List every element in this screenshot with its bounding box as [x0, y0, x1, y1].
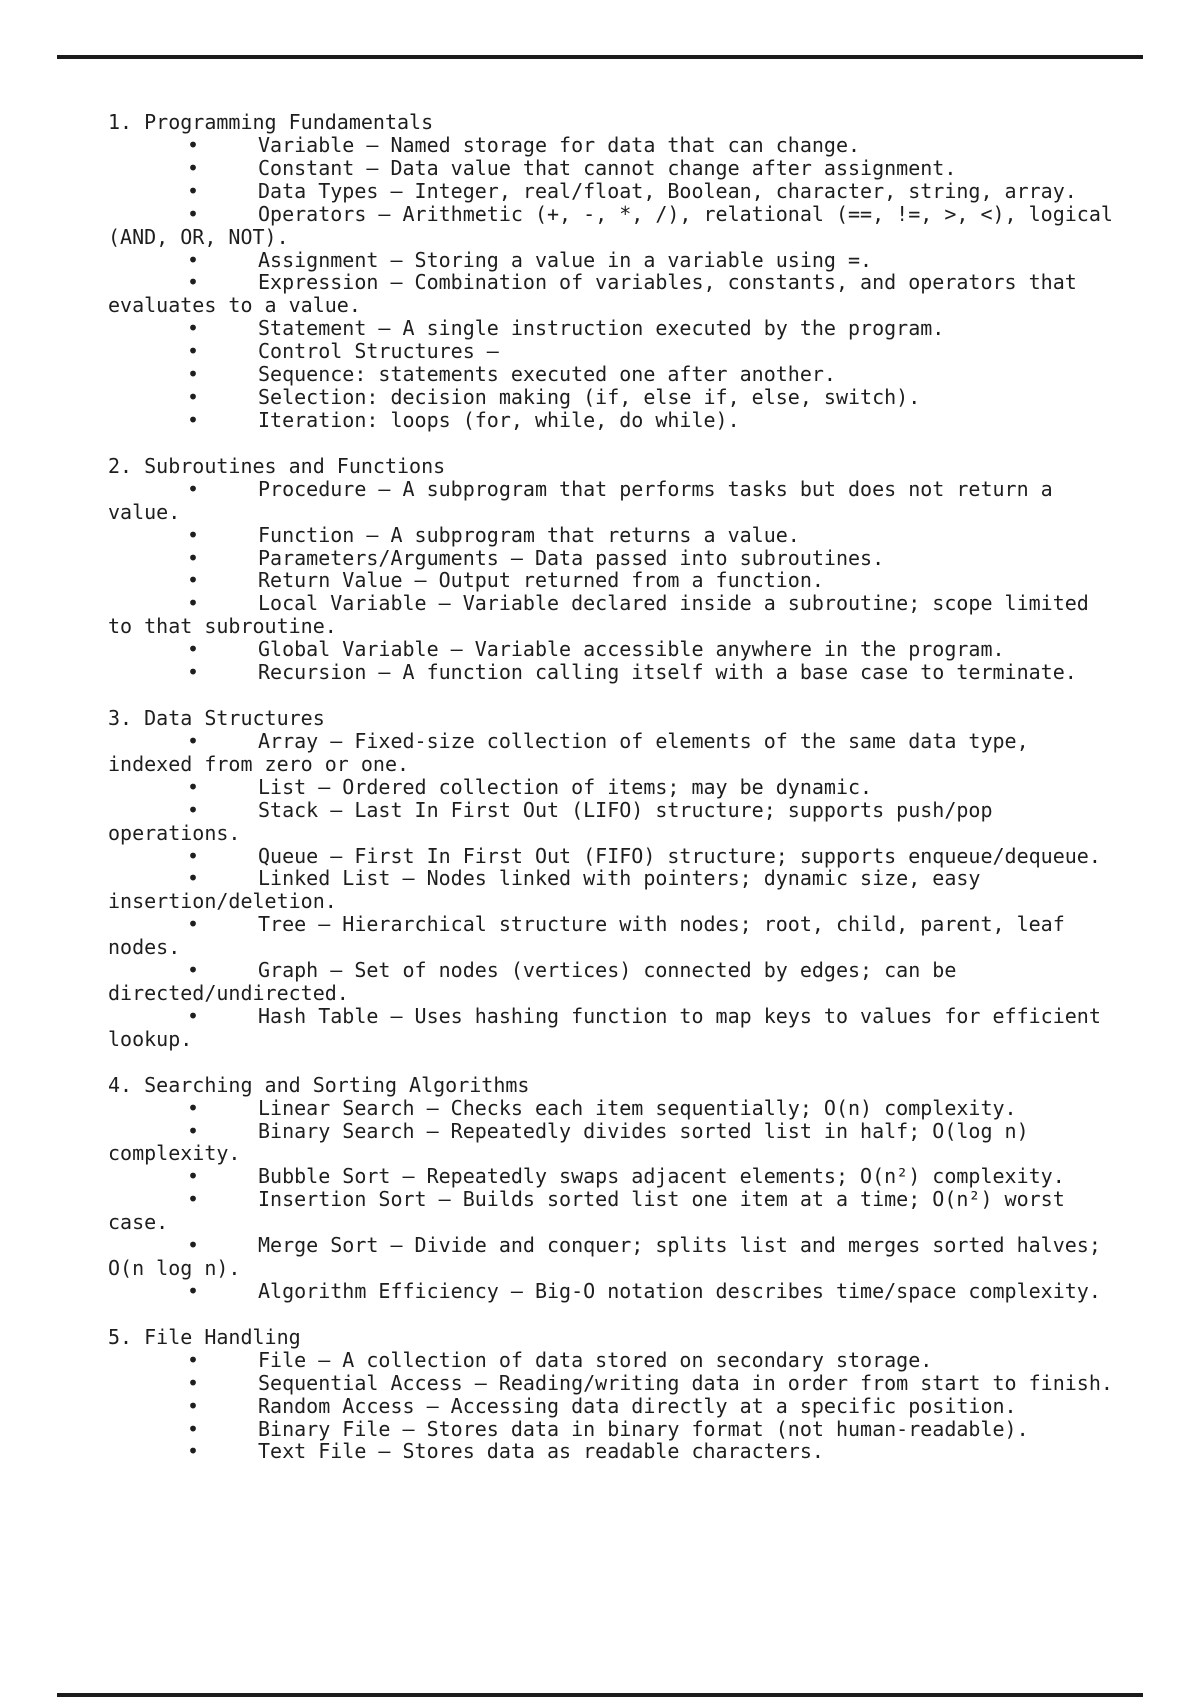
bullet-icon: •	[187, 478, 199, 501]
bullet-item-line: •Function – A subprogram that returns a …	[0, 524, 1200, 547]
item-text: Control Structures –	[258, 340, 499, 363]
bullet-item-line: •Text File – Stores data as readable cha…	[0, 1440, 1200, 1463]
item-text: Binary File – Stores data in binary form…	[258, 1418, 1029, 1441]
item-text: Queue – First In First Out (FIFO) struct…	[258, 845, 1101, 868]
bullet-icon: •	[187, 386, 199, 409]
bullet-icon: •	[187, 1349, 199, 1372]
bullet-icon: •	[187, 1418, 199, 1441]
bullet-icon: •	[187, 524, 199, 547]
blank-line	[0, 684, 1200, 707]
bullet-item-line: •Linked List – Nodes linked with pointer…	[0, 867, 1200, 890]
item-text: Statement – A single instruction execute…	[258, 317, 944, 340]
bullet-item-line: •Sequential Access – Reading/writing dat…	[0, 1372, 1200, 1395]
section-heading: 1. Programming Fundamentals	[108, 111, 433, 134]
continuation-line: case.	[0, 1211, 1200, 1234]
bullet-icon: •	[187, 547, 199, 570]
bullet-icon: •	[187, 638, 199, 661]
bullet-icon: •	[187, 180, 199, 203]
item-text: directed/undirected.	[108, 982, 349, 1005]
continuation-line: to that subroutine.	[0, 615, 1200, 638]
blank-line	[0, 1051, 1200, 1074]
document-body: 1. Programming Fundamentals•Variable – N…	[0, 111, 1200, 1463]
item-text: nodes.	[108, 936, 180, 959]
bullet-icon: •	[187, 409, 199, 432]
item-text: Linear Search – Checks each item sequent…	[258, 1097, 1017, 1120]
bullet-item-line: •Binary File – Stores data in binary for…	[0, 1418, 1200, 1441]
bullet-item-line: •Stack – Last In First Out (LIFO) struct…	[0, 799, 1200, 822]
item-text: Expression – Combination of variables, c…	[258, 271, 1077, 294]
bullet-item-line: •Queue – First In First Out (FIFO) struc…	[0, 845, 1200, 868]
continuation-line: directed/undirected.	[0, 982, 1200, 1005]
continuation-line: nodes.	[0, 936, 1200, 959]
item-text: Variable – Named storage for data that c…	[258, 134, 860, 157]
bullet-item-line: •Data Types – Integer, real/float, Boole…	[0, 180, 1200, 203]
bullet-item-line: •List – Ordered collection of items; may…	[0, 776, 1200, 799]
bullet-icon: •	[187, 134, 199, 157]
bullet-item-line: •Array – Fixed-size collection of elemen…	[0, 730, 1200, 753]
bullet-item-line: •Global Variable – Variable accessible a…	[0, 638, 1200, 661]
bullet-icon: •	[187, 1188, 199, 1211]
section-heading: 2. Subroutines and Functions	[108, 455, 445, 478]
bullet-icon: •	[187, 1372, 199, 1395]
continuation-line: operations.	[0, 822, 1200, 845]
item-text: Sequential Access – Reading/writing data…	[258, 1372, 1113, 1395]
section-heading-line: 1. Programming Fundamentals	[0, 111, 1200, 134]
bullet-item-line: •Hash Table – Uses hashing function to m…	[0, 1005, 1200, 1028]
item-text: complexity.	[108, 1142, 240, 1165]
bullet-icon: •	[187, 249, 199, 272]
bullet-icon: •	[187, 340, 199, 363]
section-heading-line: 3. Data Structures	[0, 707, 1200, 730]
bullet-icon: •	[187, 1165, 199, 1188]
bullet-icon: •	[187, 1440, 199, 1463]
bullet-item-line: •Random Access – Accessing data directly…	[0, 1395, 1200, 1418]
item-text: value.	[108, 501, 180, 524]
item-text: Graph – Set of nodes (vertices) connecte…	[258, 959, 956, 982]
continuation-line: O(n log n).	[0, 1257, 1200, 1280]
item-text: lookup.	[108, 1028, 192, 1051]
bullet-item-line: •Recursion – A function calling itself w…	[0, 661, 1200, 684]
bullet-item-line: •Linear Search – Checks each item sequen…	[0, 1097, 1200, 1120]
item-text: Recursion – A function calling itself wi…	[258, 661, 1077, 684]
bullet-item-line: •Algorithm Efficiency – Big-O notation d…	[0, 1280, 1200, 1303]
bullet-item-line: •Statement – A single instruction execut…	[0, 317, 1200, 340]
bullet-item-line: •Iteration: loops (for, while, do while)…	[0, 409, 1200, 432]
item-text: to that subroutine.	[108, 615, 337, 638]
bullet-item-line: •Control Structures –	[0, 340, 1200, 363]
bullet-item-line: •Bubble Sort – Repeatedly swaps adjacent…	[0, 1165, 1200, 1188]
bullet-item-line: •Assignment – Storing a value in a varia…	[0, 249, 1200, 272]
bullet-icon: •	[187, 867, 199, 890]
item-text: Procedure – A subprogram that performs t…	[258, 478, 1053, 501]
bullet-icon: •	[187, 363, 199, 386]
bullet-icon: •	[187, 203, 199, 226]
item-text: Tree – Hierarchical structure with nodes…	[258, 913, 1065, 936]
bottom-rule	[57, 1693, 1143, 1697]
item-text: File – A collection of data stored on se…	[258, 1349, 932, 1372]
blank-line	[0, 1303, 1200, 1326]
item-text: Text File – Stores data as readable char…	[258, 1440, 824, 1463]
section-heading-line: 4. Searching and Sorting Algorithms	[0, 1074, 1200, 1097]
bullet-icon: •	[187, 776, 199, 799]
document-page: 1. Programming Fundamentals•Variable – N…	[0, 0, 1200, 1700]
bullet-item-line: •Insertion Sort – Builds sorted list one…	[0, 1188, 1200, 1211]
bullet-item-line: •Selection: decision making (if, else if…	[0, 386, 1200, 409]
top-rule	[57, 55, 1143, 59]
item-text: operations.	[108, 822, 240, 845]
item-text: Parameters/Arguments – Data passed into …	[258, 547, 884, 570]
item-text: Insertion Sort – Builds sorted list one …	[258, 1188, 1065, 1211]
continuation-line: evaluates to a value.	[0, 294, 1200, 317]
item-text: Local Variable – Variable declared insid…	[258, 592, 1089, 615]
item-text: Algorithm Efficiency – Big-O notation de…	[258, 1280, 1101, 1303]
bullet-icon: •	[187, 592, 199, 615]
bullet-item-line: •Expression – Combination of variables, …	[0, 271, 1200, 294]
item-text: Iteration: loops (for, while, do while).	[258, 409, 740, 432]
item-text: Bubble Sort – Repeatedly swaps adjacent …	[258, 1165, 1065, 1188]
continuation-line: (AND, OR, NOT).	[0, 226, 1200, 249]
bullet-icon: •	[187, 1005, 199, 1028]
bullet-icon: •	[187, 913, 199, 936]
bullet-item-line: •File – A collection of data stored on s…	[0, 1349, 1200, 1372]
bullet-icon: •	[187, 959, 199, 982]
item-text: Global Variable – Variable accessible an…	[258, 638, 1005, 661]
bullet-icon: •	[187, 271, 199, 294]
item-text: Merge Sort – Divide and conquer; splits …	[258, 1234, 1101, 1257]
item-text: Operators – Arithmetic (+, -, *, /), rel…	[258, 203, 1113, 226]
bullet-item-line: •Constant – Data value that cannot chang…	[0, 157, 1200, 180]
bullet-item-line: •Tree – Hierarchical structure with node…	[0, 913, 1200, 936]
bullet-icon: •	[187, 1395, 199, 1418]
item-text: Assignment – Storing a value in a variab…	[258, 249, 872, 272]
item-text: Stack – Last In First Out (LIFO) structu…	[258, 799, 993, 822]
item-text: Hash Table – Uses hashing function to ma…	[258, 1005, 1101, 1028]
bullet-item-line: •Operators – Arithmetic (+, -, *, /), re…	[0, 203, 1200, 226]
bullet-icon: •	[187, 157, 199, 180]
bullet-item-line: •Procedure – A subprogram that performs …	[0, 478, 1200, 501]
continuation-line: complexity.	[0, 1142, 1200, 1165]
item-text: O(n log n).	[108, 1257, 240, 1280]
bullet-icon: •	[187, 1280, 199, 1303]
item-text: insertion/deletion.	[108, 890, 337, 913]
bullet-item-line: •Sequence: statements executed one after…	[0, 363, 1200, 386]
bullet-item-line: •Binary Search – Repeatedly divides sort…	[0, 1120, 1200, 1143]
bullet-item-line: •Merge Sort – Divide and conquer; splits…	[0, 1234, 1200, 1257]
section-heading: 4. Searching and Sorting Algorithms	[108, 1074, 529, 1097]
item-text: case.	[108, 1211, 168, 1234]
blank-line	[0, 432, 1200, 455]
bullet-item-line: •Local Variable – Variable declared insi…	[0, 592, 1200, 615]
bullet-icon: •	[187, 1120, 199, 1143]
item-text: Random Access – Accessing data directly …	[258, 1395, 1017, 1418]
bullet-icon: •	[187, 317, 199, 340]
bullet-icon: •	[187, 845, 199, 868]
item-text: Array – Fixed-size collection of element…	[258, 730, 1029, 753]
section-heading-line: 5. File Handling	[0, 1326, 1200, 1349]
item-text: Function – A subprogram that returns a v…	[258, 524, 800, 547]
section-heading: 3. Data Structures	[108, 707, 325, 730]
item-text: Data Types – Integer, real/float, Boolea…	[258, 180, 1077, 203]
item-text: Binary Search – Repeatedly divides sorte…	[258, 1120, 1029, 1143]
bullet-icon: •	[187, 799, 199, 822]
item-text: Return Value – Output returned from a fu…	[258, 569, 824, 592]
bullet-item-line: •Variable – Named storage for data that …	[0, 134, 1200, 157]
bullet-icon: •	[187, 1097, 199, 1120]
section-heading-line: 2. Subroutines and Functions	[0, 455, 1200, 478]
item-text: Linked List – Nodes linked with pointers…	[258, 867, 980, 890]
item-text: Constant – Data value that cannot change…	[258, 157, 956, 180]
bullet-icon: •	[187, 569, 199, 592]
section-heading: 5. File Handling	[108, 1326, 301, 1349]
continuation-line: insertion/deletion.	[0, 890, 1200, 913]
bullet-icon: •	[187, 661, 199, 684]
item-text: Sequence: statements executed one after …	[258, 363, 836, 386]
bullet-icon: •	[187, 1234, 199, 1257]
continuation-line: lookup.	[0, 1028, 1200, 1051]
item-text: indexed from zero or one.	[108, 753, 409, 776]
bullet-icon: •	[187, 730, 199, 753]
item-text: Selection: decision making (if, else if,…	[258, 386, 920, 409]
item-text: (AND, OR, NOT).	[108, 226, 289, 249]
continuation-line: indexed from zero or one.	[0, 753, 1200, 776]
bullet-item-line: •Graph – Set of nodes (vertices) connect…	[0, 959, 1200, 982]
continuation-line: value.	[0, 501, 1200, 524]
bullet-item-line: •Return Value – Output returned from a f…	[0, 569, 1200, 592]
item-text: List – Ordered collection of items; may …	[258, 776, 872, 799]
item-text: evaluates to a value.	[108, 294, 361, 317]
bullet-item-line: •Parameters/Arguments – Data passed into…	[0, 547, 1200, 570]
